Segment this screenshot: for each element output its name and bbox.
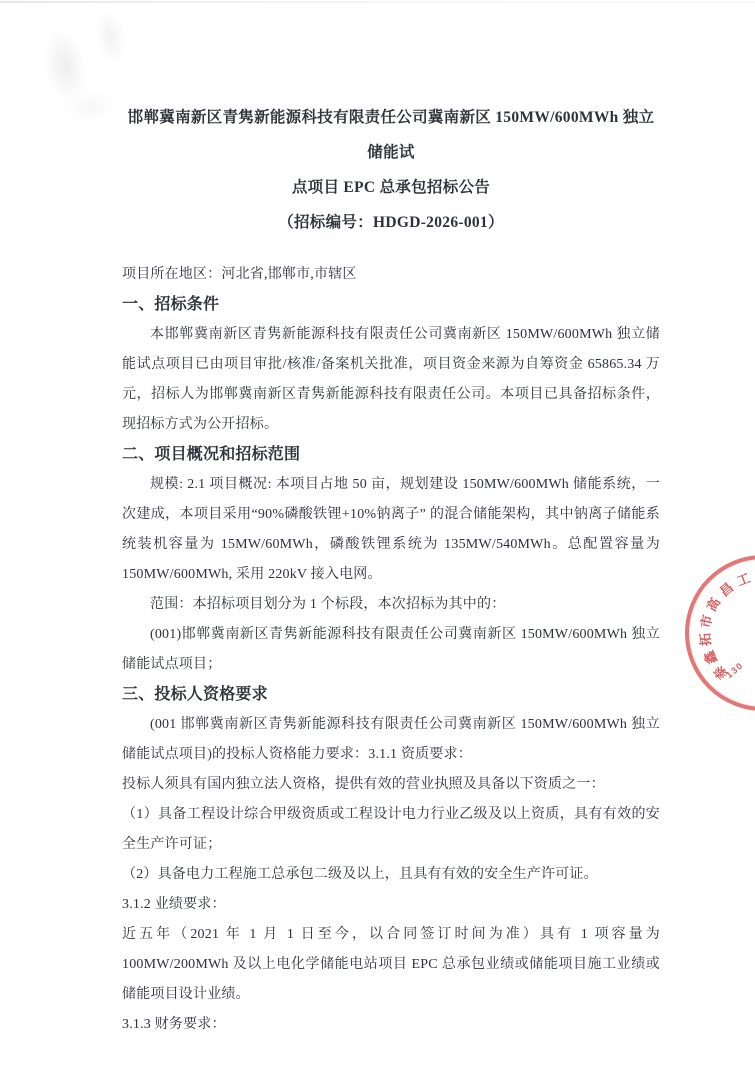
company-seal: 工 昌 高 市 拓 鑫 泰 130 <box>685 555 755 711</box>
paragraph-qualification-2: （2）具备电力工程施工总承包二级及以上，且具有有效的安全生产许可证。 <box>122 860 660 890</box>
paragraph-tender-conditions: 本邯郸冀南新区青隽新能源科技有限责任公司冀南新区 150MW/600MWh 独立… <box>122 320 660 440</box>
paragraph-scope: 范围：本招标项目划分为 1 个标段，本次招标为其中的： <box>122 590 660 620</box>
seal-arc-character: 市 <box>698 613 716 631</box>
paragraph-313-financial: 3.1.3 财务要求： <box>122 1010 660 1040</box>
paragraph-qualification-intro: (001 邯郸冀南新区青隽新能源科技有限责任公司冀南新区 150MW/600MW… <box>122 710 660 770</box>
document-body: 项目所在地区：河北省,邯郸市,市辖区 一、招标条件 本邯郸冀南新区青隽新能源科技… <box>122 260 660 1040</box>
paragraph-performance-detail: 近五年（2021 年 1 月 1 日至今，以合同签订时间为准）具有 1 项容量为… <box>122 920 660 1010</box>
page-title: 邯郸冀南新区青隽新能源科技有限责任公司冀南新区 150MW/600MWh 独立储… <box>122 100 660 240</box>
document-page: 邯郸冀南新区青隽新能源科技有限责任公司冀南新区 150MW/600MWh 独立储… <box>0 0 755 1071</box>
paragraph-lot-001: (001)邯郸冀南新区青隽新能源科技有限责任公司冀南新区 150MW/600MW… <box>122 620 660 680</box>
tender-number-line: （招标编号：HDGD-2026-001） <box>122 205 660 240</box>
project-region-line: 项目所在地区：河北省,邯郸市,市辖区 <box>122 260 660 290</box>
seal-arc-character: 拓 <box>697 631 713 647</box>
paragraph-qualification-1: （1）具备工程设计综合甲级资质或工程设计电力行业乙级及以上资质，具有有效的安全生… <box>122 800 660 860</box>
paragraph-legal-entity: 投标人须具有国内独立法人资格，提供有效的营业执照及具备以下资质之一： <box>122 770 660 800</box>
paragraph-project-scale: 规模: 2.1 项目概况: 本项目占地 50 亩，规划建设 150MW/600M… <box>122 470 660 590</box>
title-line-1: 邯郸冀南新区青隽新能源科技有限责任公司冀南新区 150MW/600MWh 独立储… <box>122 100 660 170</box>
section-heading-overview: 二、项目概况和招标范围 <box>122 440 660 470</box>
title-line-2: 点项目 EPC 总承包招标公告 <box>122 170 660 205</box>
section-heading-conditions: 一、招标条件 <box>122 290 660 320</box>
paragraph-312-performance: 3.1.2 业绩要求： <box>122 890 660 920</box>
section-heading-qualification: 三、投标人资格要求 <box>122 680 660 710</box>
